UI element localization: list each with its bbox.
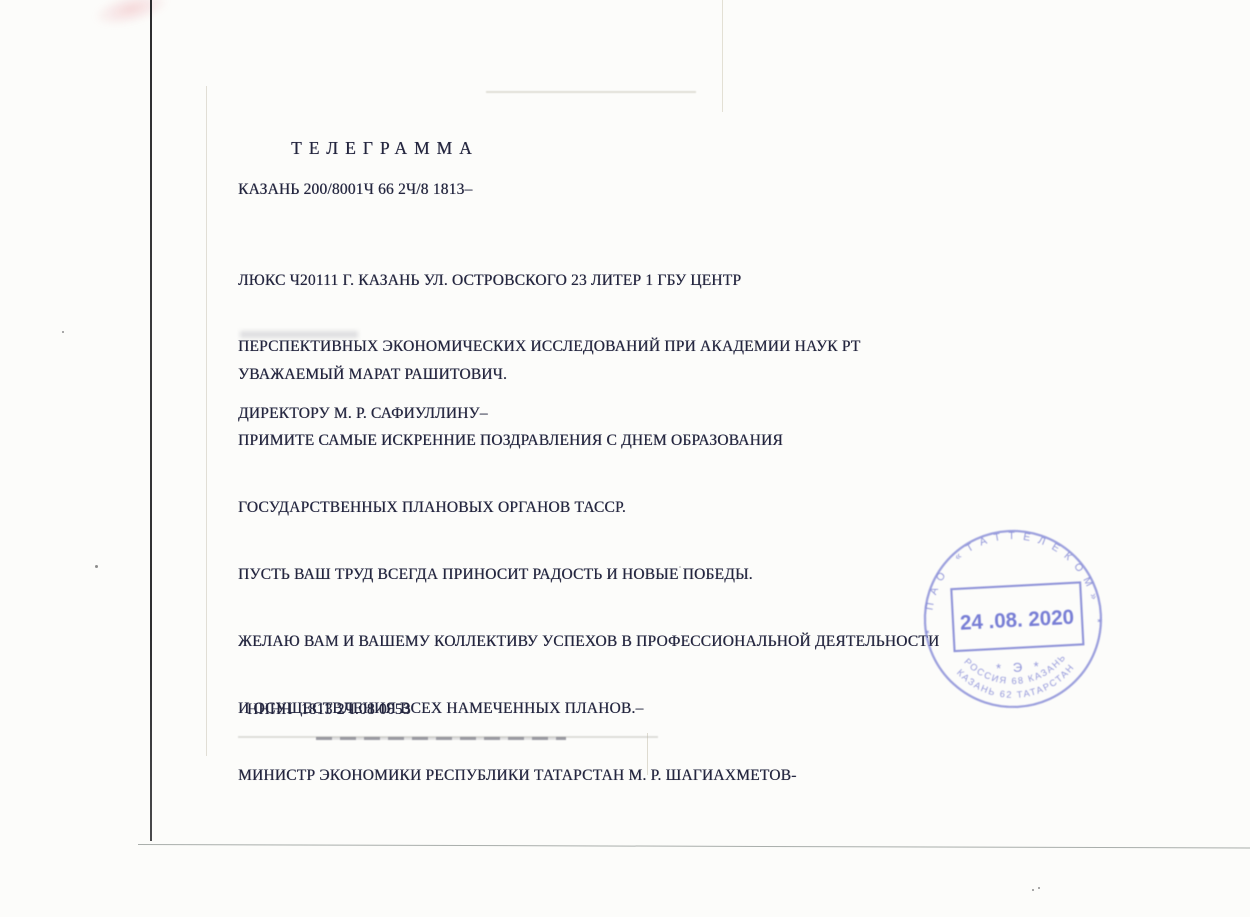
scanned-telegram-page: ТЕЛЕГРАММА КАЗАНЬ 200/8001Ч 66 2Ч/8 1813… xyxy=(0,0,1250,917)
message-line: МИНИСТР ЭКОНОМИКИ РЕСПУБЛИКИ ТАТАРСТАН М… xyxy=(238,765,939,787)
telegram-message-block: УВАЖАЕМЫЙ МАРАТ РАШИТОВИЧ. ПРИМИТЕ САМЫЕ… xyxy=(238,319,939,832)
message-line: ЖЕЛАЮ ВАМ И ВАШЕМУ КОЛЛЕКТИВУ УСПЕХОВ В … xyxy=(238,631,939,653)
scan-fold-line-left xyxy=(150,0,152,841)
scan-speck xyxy=(1032,889,1034,891)
message-line: ПУСТЬ ВАШ ТРУД ВСЕГДА ПРИНОСИТ РАДОСТЬ И… xyxy=(238,564,939,586)
scan-speck xyxy=(1038,887,1040,889)
postal-stamp: * ПАО «ТАТТЕЛЕКОМ» * 24 .08. 2020 * Э * … xyxy=(912,519,1114,721)
telegram-sheet-left-edge xyxy=(206,86,207,756)
stamp-date: 24 .08. 2020 xyxy=(959,606,1074,635)
scan-fold-line-bottom xyxy=(138,844,1250,848)
message-line: ПРИМИТЕ САМЫЕ ИСКРЕННИЕ ПОЗДРАВЛЕНИЯ С Д… xyxy=(238,430,939,452)
message-line: ГОСУДАРСТВЕННЫХ ПЛАНОВЫХ ОРГАНОВ ТАССР. xyxy=(238,497,939,519)
telegram-sheet-right-edge xyxy=(722,0,723,112)
message-line: УВАЖАЕМЫЙ МАРАТ РАШИТОВИЧ. xyxy=(238,364,939,386)
telegram-service-line: НННН 1813 2Ч.08 0053 xyxy=(247,701,411,719)
address-line: ЛЮКС Ч20111 Г. КАЗАНЬ УЛ. ОСТРОВСКОГО 23… xyxy=(238,270,860,292)
scan-pink-smudge xyxy=(90,0,173,33)
scan-smudge-top xyxy=(486,91,696,93)
scan-speck xyxy=(62,331,64,333)
telegram-title: ТЕЛЕГРАММА xyxy=(291,138,479,159)
telegram-origin-line: КАЗАНЬ 200/8001Ч 66 2Ч/8 1813– xyxy=(238,181,472,199)
scan-speck xyxy=(95,565,98,568)
